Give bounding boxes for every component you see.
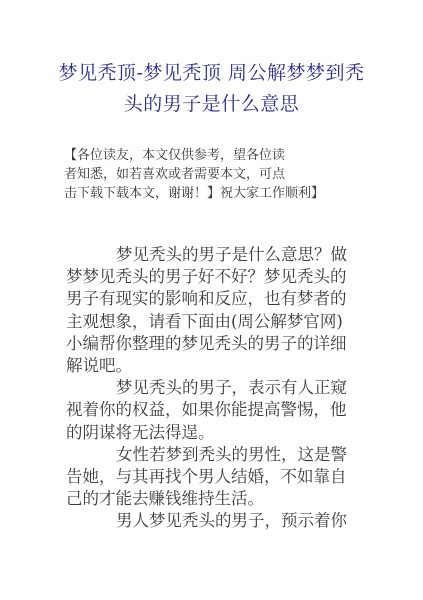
body-line: 小编帮你整理的梦见秃头的男子的详细: [66, 333, 376, 355]
body-line: 女性若梦到秃头的男性，这是警: [66, 444, 376, 466]
body-line: 解说吧。: [66, 355, 376, 377]
title-line: 头的男子是什么意思: [40, 89, 383, 120]
document-body: 梦见秃头的男子是什么意思？做 梦梦见秃头的男子好不好？梦见秃头的 男子有现实的影…: [66, 244, 376, 533]
notice-line: 者知悉，如若喜欢或者需要本文，可点: [64, 165, 364, 184]
title-line: 梦见秃顶-梦见秃顶 周公解梦梦到秃: [40, 58, 383, 89]
document-page: 梦见秃顶-梦见秃顶 周公解梦梦到秃 头的男子是什么意思 【各位读友，本文仅供参考…: [0, 0, 423, 600]
document-title: 梦见秃顶-梦见秃顶 周公解梦梦到秃 头的男子是什么意思: [40, 58, 383, 120]
body-line: 男人梦见秃头的男子，预示着你: [66, 510, 376, 532]
notice-line: 击下载下载本文，谢谢！】祝大家工作顺利】: [64, 184, 364, 203]
reader-notice: 【各位读友，本文仅供参考，望各位读 者知悉，如若喜欢或者需要本文，可点 击下载下…: [64, 146, 364, 203]
body-line: 视着你的权益，如果你能提高警惕，他: [66, 399, 376, 421]
body-line: 己的才能去赚钱维持生活。: [66, 488, 376, 510]
body-line: 梦见秃头的男子是什么意思？做: [66, 244, 376, 266]
notice-line: 【各位读友，本文仅供参考，望各位读: [64, 146, 364, 165]
body-line: 梦梦见秃头的男子好不好？梦见秃头的: [66, 266, 376, 288]
body-line: 告她，与其再找个男人结婚，不如靠自: [66, 466, 376, 488]
body-line: 主观想象，请看下面由(周公解梦官网): [66, 311, 376, 333]
body-line: 梦见秃头的男子，表示有人正窥: [66, 377, 376, 399]
body-line: 的阴谋将无法得逞。: [66, 422, 376, 444]
body-line: 男子有现实的影响和反应，也有梦者的: [66, 288, 376, 310]
